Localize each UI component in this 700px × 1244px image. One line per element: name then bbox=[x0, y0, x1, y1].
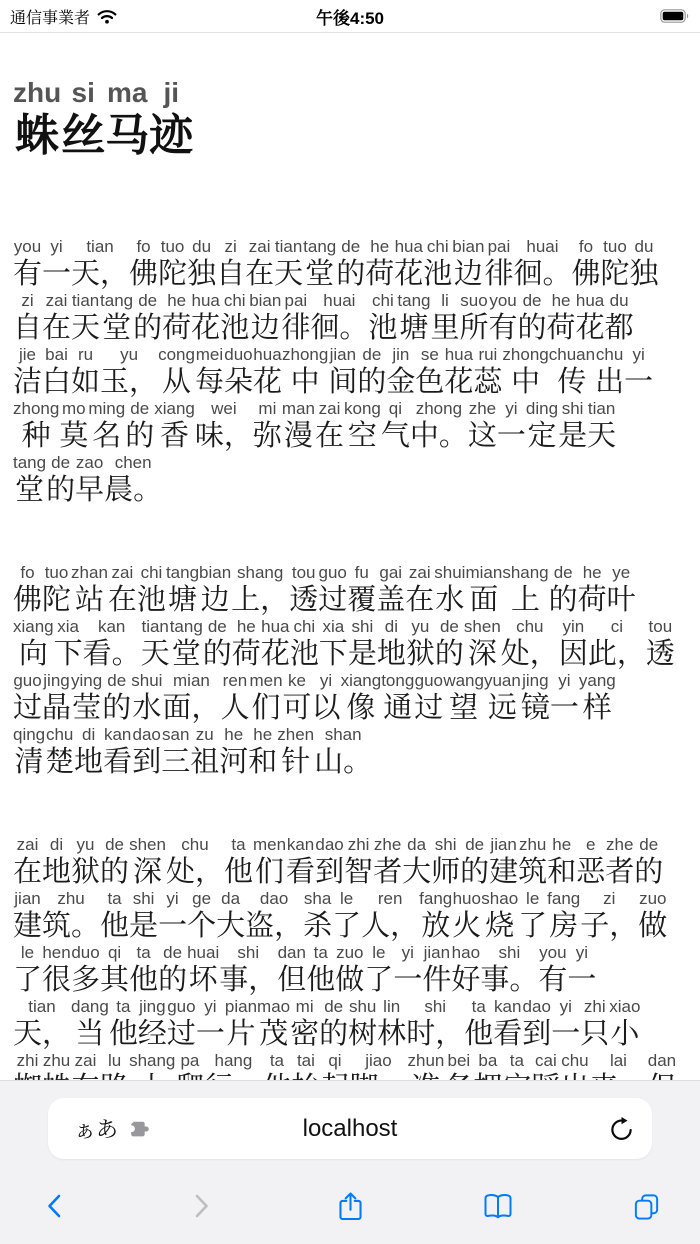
ruby-cell: zu祖 bbox=[190, 725, 219, 779]
forward-button[interactable] bbox=[180, 1178, 224, 1234]
ruby-cell: fo佛 bbox=[129, 237, 158, 291]
ruby-cell: chuan传 bbox=[549, 345, 595, 399]
ruby-cell: xiang向 bbox=[13, 617, 54, 671]
ruby-cell: de的 bbox=[319, 997, 348, 1051]
page-title: zhu蛛si丝ma马ji迹 bbox=[13, 77, 687, 163]
ruby-cell: man漫 bbox=[282, 399, 315, 453]
ruby-cell: shi事， bbox=[219, 943, 277, 997]
ruby-cell: lin林 bbox=[377, 997, 406, 1051]
ruby-cell: ding定 bbox=[526, 399, 558, 453]
ruby-cell: ci此， bbox=[588, 617, 646, 671]
ruby-cell: xiao小 bbox=[609, 997, 640, 1051]
ruby-cell: he荷 bbox=[365, 237, 394, 291]
wifi-icon bbox=[96, 8, 118, 24]
ruby-cell: yi一 bbox=[393, 943, 422, 997]
ruby-cell: bian边 bbox=[199, 563, 231, 617]
ruby-cell: he荷 bbox=[232, 617, 261, 671]
browser-chrome: ぁあ localhost bbox=[0, 1080, 700, 1244]
ruby-cell: shi事。 bbox=[480, 943, 538, 997]
ruby-cell: jing经 bbox=[138, 997, 167, 1051]
ruby-cell: shi是 bbox=[558, 399, 587, 453]
ruby-cell: zhen针 bbox=[277, 725, 314, 779]
ruby-cell: de的 bbox=[435, 617, 464, 671]
ruby-cell: guo过 bbox=[318, 563, 347, 617]
ruby-cell: jian建 bbox=[489, 835, 518, 889]
ruby-cell: zhe者 bbox=[605, 835, 634, 889]
ruby-cell: yi一 bbox=[550, 671, 579, 725]
ruby-cell: mei每 bbox=[195, 345, 224, 399]
ruby-cell: you有 bbox=[13, 237, 42, 291]
ruby-cell: kan看 bbox=[493, 997, 522, 1051]
ruby-cell: qi其 bbox=[100, 943, 129, 997]
ruby-cell: zai在 bbox=[42, 291, 71, 345]
ruby-cell: le了 bbox=[332, 889, 361, 943]
ruby-cell: du独 bbox=[187, 237, 216, 291]
ruby-cell: yu玉， bbox=[100, 345, 158, 399]
ruby-cell: hua花 bbox=[253, 345, 282, 399]
ruby-cell: rui蕊 bbox=[473, 345, 502, 399]
text-line: xiang向xia下kan看。tian天tang堂de的he荷hua花chi池x… bbox=[13, 617, 687, 671]
reload-button[interactable] bbox=[609, 1115, 634, 1142]
ruby-cell: di地 bbox=[377, 617, 406, 671]
ruby-cell: fang房 bbox=[547, 889, 580, 943]
ruby-cell: ta他 bbox=[306, 943, 335, 997]
ruby-cell: ta他 bbox=[100, 889, 129, 943]
ruby-cell: mian面， bbox=[162, 671, 220, 725]
page-content: zhu蛛si丝ma马ji迹 you有yi一tian天，fo佛tuo陀du独zi自… bbox=[0, 77, 700, 1105]
ruby-cell: hua花 bbox=[576, 291, 605, 345]
chevron-left-icon bbox=[43, 1192, 65, 1220]
ruby-cell: yu狱 bbox=[406, 617, 435, 671]
ruby-cell: de的 bbox=[634, 835, 663, 889]
ruby-cell: you有 bbox=[538, 943, 567, 997]
ruby-cell: fo佛 bbox=[13, 563, 42, 617]
ruby-cell: tian天 bbox=[274, 237, 303, 291]
ruby-cell: zhu筑。 bbox=[42, 889, 100, 943]
ruby-cell: jian间 bbox=[328, 345, 357, 399]
text-line: zi自zai在tian天tang堂de的he荷hua花chi池bian边pai徘… bbox=[13, 291, 687, 345]
ruby-cell: wei味， bbox=[195, 399, 253, 453]
ruby-cell: zuo做 bbox=[638, 889, 667, 943]
ruby-cell: guo过 bbox=[13, 671, 42, 725]
ruby-cell: pai徘 bbox=[484, 237, 513, 291]
ruby-cell: se色 bbox=[415, 345, 444, 399]
tabs-icon bbox=[632, 1192, 661, 1221]
ruby-cell: shui水 bbox=[131, 671, 162, 725]
ruby-cell: yu狱 bbox=[71, 835, 100, 889]
ruby-cell: tian天 bbox=[71, 291, 100, 345]
ruby-cell: zhong中。 bbox=[410, 399, 468, 453]
ruby-cell: yi以 bbox=[312, 671, 341, 725]
ruby-cell: chen晨。 bbox=[104, 453, 162, 507]
ruby-cell: zi子， bbox=[580, 889, 638, 943]
bottom-toolbar bbox=[0, 1174, 700, 1238]
text-line: zai在di地yu狱de的shen深chu处，ta他men们kan看dao到zh… bbox=[13, 835, 687, 889]
ruby-cell: mo莫 bbox=[59, 399, 88, 453]
ruby-cell: hua花 bbox=[444, 345, 473, 399]
address-bar[interactable]: ぁあ localhost bbox=[48, 1098, 652, 1159]
ruby-cell: fang放 bbox=[419, 889, 452, 943]
ruby-cell: tang塘 bbox=[397, 291, 430, 345]
ruby-cell: hao好 bbox=[451, 943, 480, 997]
ruby-cell: pai徘 bbox=[281, 291, 310, 345]
ruby-cell: chi池 bbox=[137, 563, 166, 617]
ruby-cell: le了 bbox=[518, 889, 547, 943]
ruby-cell: xia下 bbox=[319, 617, 348, 671]
ruby-cell: ge个 bbox=[187, 889, 216, 943]
ruby-cell: chi池 bbox=[423, 237, 452, 291]
ruby-cell: guo过 bbox=[414, 671, 443, 725]
ruby-cell: he荷 bbox=[578, 563, 607, 617]
ruby-cell: gai盖 bbox=[376, 563, 405, 617]
reload-icon bbox=[609, 1115, 634, 1142]
ruby-cell: mi密 bbox=[290, 997, 319, 1051]
ruby-cell: zi自 bbox=[216, 237, 245, 291]
ruby-cell: tou透 bbox=[646, 617, 675, 671]
text-line: le了hen很duo多qi其ta他de的huai坏shi事，dan但ta他zuo… bbox=[13, 943, 687, 997]
ruby-cell: tian天 bbox=[141, 617, 170, 671]
ruby-cell: guo过 bbox=[167, 997, 196, 1051]
ruby-cell: e恶 bbox=[576, 835, 605, 889]
ruby-cell: ta他 bbox=[464, 997, 493, 1051]
ruby-cell: huai坏 bbox=[187, 943, 219, 997]
ruby-cell: da大 bbox=[402, 835, 431, 889]
ruby-cell: le了 bbox=[364, 943, 393, 997]
ruby-cell: shao烧 bbox=[481, 889, 518, 943]
ruby-cell: chi池 bbox=[368, 291, 397, 345]
bookmarks-button[interactable] bbox=[476, 1178, 520, 1234]
share-icon bbox=[337, 1191, 364, 1222]
chevron-right-icon bbox=[191, 1192, 213, 1220]
ruby-cell: fo佛 bbox=[571, 237, 600, 291]
ruby-cell: zhong中 bbox=[502, 345, 548, 399]
ruby-cell: dang当 bbox=[71, 997, 109, 1051]
ruby-cell: shui水 bbox=[434, 563, 465, 617]
ruby-cell: jing晶 bbox=[42, 671, 71, 725]
ruby-cell: ke可 bbox=[283, 671, 312, 725]
ruby-cell: le了 bbox=[13, 943, 42, 997]
ruby-cell: duo朵 bbox=[224, 345, 253, 399]
ruby-cell: de的 bbox=[336, 237, 365, 291]
ruby-cell: yang样 bbox=[579, 671, 616, 725]
ruby-cell: mao茂 bbox=[257, 997, 290, 1051]
ruby-cell: hen很 bbox=[42, 943, 71, 997]
ruby-cell: wang望 bbox=[443, 671, 484, 725]
ruby-cell: xiang香 bbox=[154, 399, 195, 453]
ruby-cell: shan山。 bbox=[314, 725, 372, 779]
ruby-cell: tuo陀 bbox=[42, 563, 71, 617]
ruby-cell: de的 bbox=[133, 291, 162, 345]
ruby-cell: shen深 bbox=[464, 617, 501, 671]
ruby-cell: zai在 bbox=[13, 835, 42, 889]
ruby-cell: tian天 bbox=[587, 399, 616, 453]
ruby-cell: zi自 bbox=[13, 291, 42, 345]
ruby-cell: ming名 bbox=[88, 399, 125, 453]
ruby-cell: chi池 bbox=[290, 617, 319, 671]
ruby-cell: chu出 bbox=[595, 345, 624, 399]
text-line: fo佛tuo陀zhan站zai在chi池tang塘bian边shang上，tou… bbox=[13, 563, 687, 617]
ruby-cell: he和 bbox=[547, 835, 576, 889]
ruby-cell: men们 bbox=[253, 835, 286, 889]
paragraph: fo佛tuo陀zhan站zai在chi池tang塘bian边shang上，tou… bbox=[13, 563, 687, 779]
ruby-cell: xiang像 bbox=[341, 671, 382, 725]
ruby-cell: yi一 bbox=[567, 943, 596, 997]
ruby-cell: tuo陀 bbox=[600, 237, 629, 291]
ruby-cell: zao早 bbox=[75, 453, 104, 507]
ruby-cell: shi是 bbox=[348, 617, 377, 671]
ruby-cell: yi一 bbox=[42, 237, 71, 291]
ruby-cell: he荷 bbox=[162, 291, 191, 345]
ruby-cell: jian建 bbox=[13, 889, 42, 943]
ruby-cell: de的 bbox=[460, 835, 489, 889]
ruby-cell: qi气 bbox=[381, 399, 410, 453]
ruby-cell: pian片 bbox=[225, 997, 257, 1051]
ruby-cell: kan看 bbox=[286, 835, 315, 889]
ruby-cell: dan但 bbox=[277, 943, 306, 997]
ruby-cell: zhan站 bbox=[71, 563, 108, 617]
text-line: tang堂de的zao早chen晨。 bbox=[13, 453, 687, 507]
ruby-cell: kan看。 bbox=[83, 617, 141, 671]
ruby-cell: zhong种 bbox=[13, 399, 59, 453]
ruby-cell: tuo陀 bbox=[158, 237, 187, 291]
ruby-cell: zai在 bbox=[108, 563, 137, 617]
share-button[interactable] bbox=[328, 1178, 372, 1234]
ruby-cell: ta他 bbox=[129, 943, 158, 997]
ruby-cell: zhu筑 bbox=[518, 835, 547, 889]
ruby-cell: zai在 bbox=[245, 237, 274, 291]
ruby-cell: tang堂 bbox=[170, 617, 203, 671]
ruby-cell: sha杀 bbox=[303, 889, 332, 943]
ruby-cell: tang堂 bbox=[13, 453, 46, 507]
ruby-cell: jing镜 bbox=[521, 671, 550, 725]
ruby-cell: ji迹 bbox=[149, 77, 193, 163]
ruby-cell: cong从 bbox=[158, 345, 195, 399]
ruby-cell: zhu蛛 bbox=[13, 77, 61, 163]
text-line: guo过jing晶ying莹de的shui水mian面，ren人men们ke可y… bbox=[13, 671, 687, 725]
ruby-cell: de的 bbox=[158, 943, 187, 997]
ruby-cell: yi一 bbox=[551, 997, 580, 1051]
ruby-cell: li里 bbox=[430, 291, 459, 345]
ruby-cell: ying莹 bbox=[71, 671, 102, 725]
ruby-cell: he和 bbox=[248, 725, 277, 779]
ruby-cell: de的 bbox=[203, 617, 232, 671]
ruby-cell: ta他 bbox=[109, 997, 138, 1051]
ruby-cell: hua花 bbox=[191, 291, 220, 345]
paragraph: zai在di地yu狱de的shen深chu处，ta他men们kan看dao到zh… bbox=[13, 835, 687, 1105]
ruby-cell: he河 bbox=[219, 725, 248, 779]
ruby-cell: bai白 bbox=[42, 345, 71, 399]
ruby-cell: ren人， bbox=[361, 889, 419, 943]
ruby-cell: chi池 bbox=[220, 291, 249, 345]
text-line: jian建zhu筑。ta他shi是yi一ge个da大dao盗，sha杀le了re… bbox=[13, 889, 687, 943]
ruby-cell: huai徊。 bbox=[310, 291, 368, 345]
ruby-cell: hua花 bbox=[261, 617, 290, 671]
text-size-button[interactable]: ぁあ bbox=[74, 1113, 118, 1144]
ruby-cell: ta他 bbox=[224, 835, 253, 889]
ruby-cell: fu覆 bbox=[347, 563, 376, 617]
ruby-cell: yin因 bbox=[559, 617, 588, 671]
ruby-cell: huo火 bbox=[452, 889, 481, 943]
ruby-cell: shi是 bbox=[129, 889, 158, 943]
text-line: qing清chu楚di地kan看dao到san三zu祖he河he和zhen针sh… bbox=[13, 725, 687, 779]
ruby-cell: jin金 bbox=[386, 345, 415, 399]
paragraph: you有yi一tian天，fo佛tuo陀du独zi自zai在tian天tang堂… bbox=[13, 237, 687, 507]
ruby-cell: dao到 bbox=[522, 997, 551, 1051]
ruby-cell: yi一 bbox=[158, 889, 187, 943]
ruby-cell: tong通 bbox=[381, 671, 414, 725]
ruby-cell: hua花 bbox=[394, 237, 423, 291]
ruby-cell: shu树 bbox=[348, 997, 377, 1051]
ruby-cell: zhong中 bbox=[282, 345, 328, 399]
ruby-cell: ru如 bbox=[71, 345, 100, 399]
ruby-cell: zhi智 bbox=[344, 835, 373, 889]
ruby-cell: shen深 bbox=[129, 835, 166, 889]
ruby-cell: di地 bbox=[74, 725, 103, 779]
ruby-cell: yi一 bbox=[497, 399, 526, 453]
ruby-cell: qing清 bbox=[13, 725, 45, 779]
ruby-cell: tian天， bbox=[71, 237, 129, 291]
ruby-cell: yi一 bbox=[196, 997, 225, 1051]
ruby-cell: duo多 bbox=[71, 943, 100, 997]
ruby-cell: de的 bbox=[125, 399, 154, 453]
ruby-cell: du都 bbox=[605, 291, 634, 345]
ruby-cell: san三 bbox=[161, 725, 190, 779]
ruby-cell: de的 bbox=[357, 345, 386, 399]
ruby-cell: tang堂 bbox=[303, 237, 336, 291]
ruby-cell: dao到 bbox=[315, 835, 344, 889]
ruby-cell: kong空 bbox=[344, 399, 381, 453]
ruby-cell: tang塘 bbox=[166, 563, 199, 617]
ruby-cell: huai徊。 bbox=[513, 237, 571, 291]
text-line: tian天，dang当ta他jing经guo过yi一pian片mao茂mi密de… bbox=[13, 997, 687, 1051]
safari-window: 通信事業者 午後4:50 zhu蛛si丝ma马ji迹 you有yi bbox=[0, 0, 700, 1244]
ruby-cell: de的 bbox=[518, 291, 547, 345]
ruby-cell: ye叶 bbox=[607, 563, 636, 617]
ruby-cell: jian件 bbox=[422, 943, 451, 997]
ruby-cell: tian天， bbox=[13, 997, 71, 1051]
ruby-cell: zhi只 bbox=[580, 997, 609, 1051]
ruby-cell: du独 bbox=[630, 237, 659, 291]
ruby-cell: bian边 bbox=[249, 291, 281, 345]
back-button[interactable] bbox=[32, 1178, 76, 1234]
article: you有yi一tian天，fo佛tuo陀du独zi自zai在tian天tang堂… bbox=[13, 237, 687, 1105]
battery-icon bbox=[660, 9, 690, 23]
extension-puzzle-icon[interactable] bbox=[127, 1116, 152, 1141]
tabs-button[interactable] bbox=[624, 1178, 668, 1234]
ruby-cell: de的 bbox=[46, 453, 75, 507]
ruby-cell: zhe这 bbox=[468, 399, 497, 453]
text-line: zhong种mo莫ming名de的xiang香wei味，mi弥man漫zai在k… bbox=[13, 399, 687, 453]
ruby-cell: zai在 bbox=[315, 399, 344, 453]
ruby-cell: you有 bbox=[489, 291, 518, 345]
ruby-cell: jie洁 bbox=[13, 345, 42, 399]
status-bar: 通信事業者 午後4:50 bbox=[0, 0, 700, 33]
ruby-cell: bian边 bbox=[452, 237, 484, 291]
ruby-cell: chu处， bbox=[166, 835, 224, 889]
text-line: jie洁bai白ru如yu玉，cong从mei每duo朵hua花zhong中ji… bbox=[13, 345, 687, 399]
ruby-cell: de的 bbox=[549, 563, 578, 617]
ruby-cell: zai在 bbox=[405, 563, 434, 617]
book-icon bbox=[481, 1192, 515, 1220]
ruby-cell: de的 bbox=[100, 835, 129, 889]
ruby-cell: chu处， bbox=[501, 617, 559, 671]
ruby-cell: shi时， bbox=[406, 997, 464, 1051]
ruby-cell: yuan远 bbox=[484, 671, 521, 725]
ruby-cell: ren人 bbox=[220, 671, 249, 725]
ruby-cell: he荷 bbox=[547, 291, 576, 345]
ruby-cell: mi弥 bbox=[253, 399, 282, 453]
ruby-cell: da大 bbox=[216, 889, 245, 943]
ruby-cell: xia下 bbox=[54, 617, 83, 671]
ruby-cell: kan看 bbox=[103, 725, 132, 779]
ruby-cell: chu楚 bbox=[45, 725, 74, 779]
ruby-cell: zuo做 bbox=[335, 943, 364, 997]
ruby-cell: de的 bbox=[102, 671, 131, 725]
ruby-cell: shang上， bbox=[231, 563, 289, 617]
ruby-cell: tou透 bbox=[289, 563, 318, 617]
ruby-cell: suo所 bbox=[460, 291, 489, 345]
ruby-cell: men们 bbox=[249, 671, 282, 725]
ruby-cell: zhe者 bbox=[373, 835, 402, 889]
ruby-cell: dao到 bbox=[132, 725, 161, 779]
text-line: you有yi一tian天，fo佛tuo陀du独zi自zai在tian天tang堂… bbox=[13, 237, 687, 291]
ruby-cell: di地 bbox=[42, 835, 71, 889]
ruby-cell: yi一 bbox=[624, 345, 653, 399]
carrier-label: 通信事業者 bbox=[10, 5, 90, 28]
ruby-cell: ma马 bbox=[105, 77, 149, 163]
ruby-cell: shi师 bbox=[431, 835, 460, 889]
ruby-cell: si丝 bbox=[61, 77, 105, 163]
ruby-cell: tang堂 bbox=[100, 291, 133, 345]
ruby-cell: mian面 bbox=[465, 563, 502, 617]
ruby-cell: dao盗， bbox=[245, 889, 303, 943]
ruby-cell: shang上 bbox=[502, 563, 548, 617]
